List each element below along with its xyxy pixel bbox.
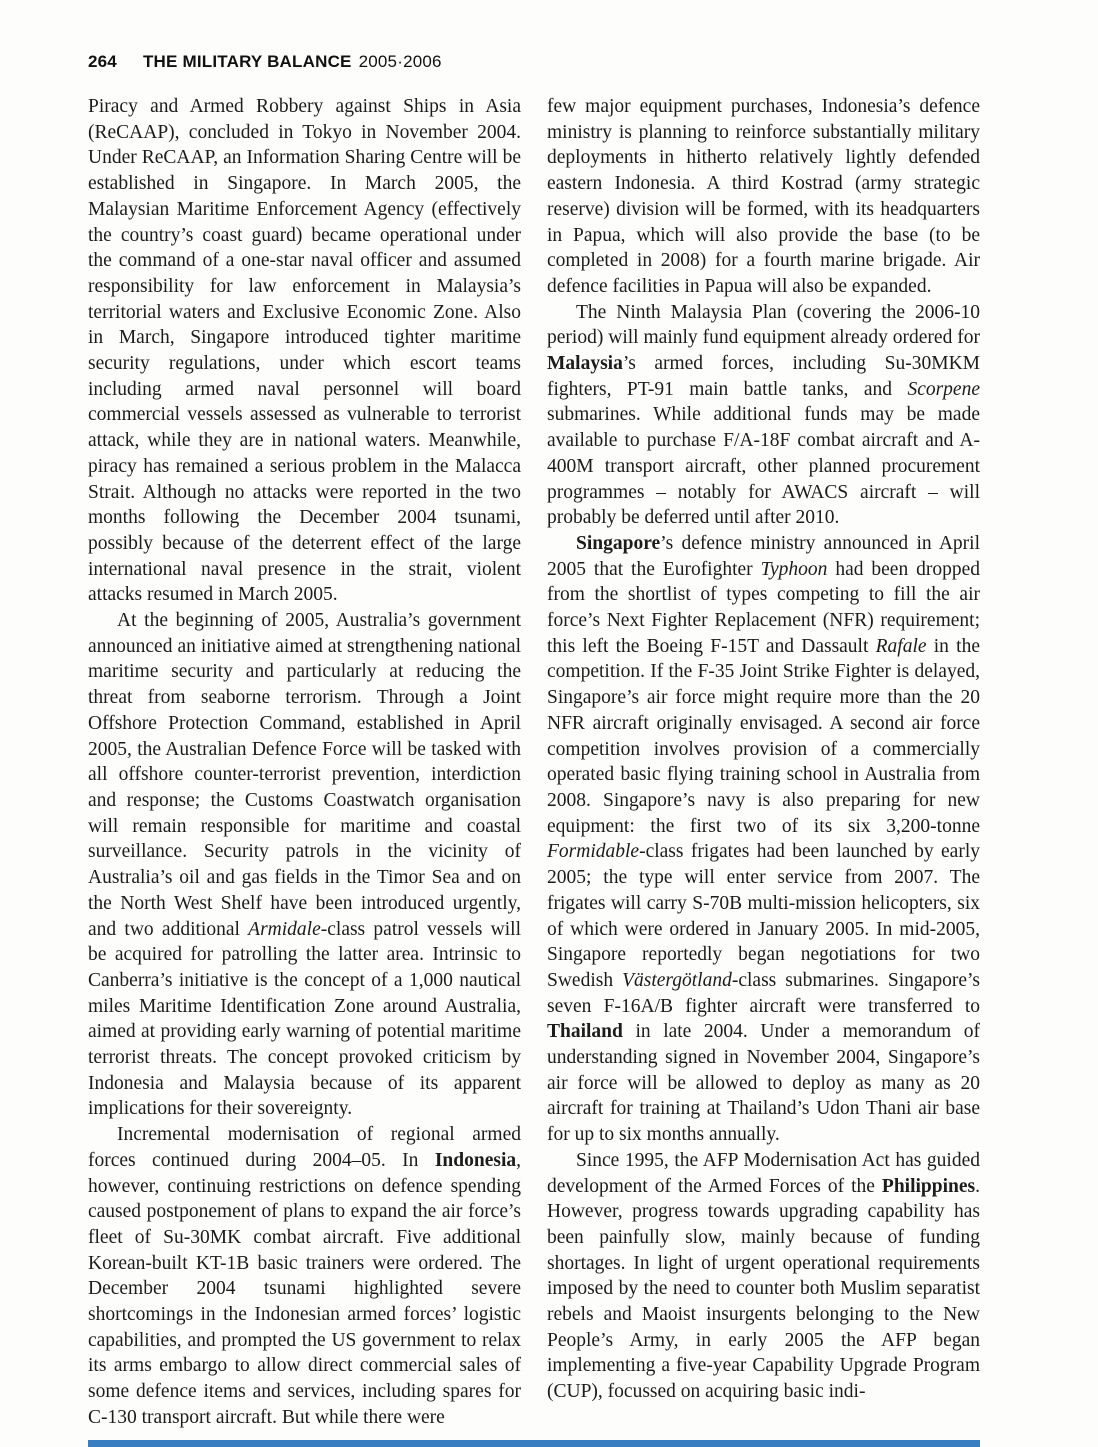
text-segment: Thailand xyxy=(547,1021,623,1042)
paragraph: Singapore’s defence ministry announced i… xyxy=(547,531,980,1148)
text-columns: Piracy and Armed Robbery against Ships i… xyxy=(88,94,980,1431)
text-segment: few major equipment purchases, Indonesia… xyxy=(547,96,980,297)
paragraph: few major equipment purchases, Indonesia… xyxy=(547,94,980,300)
text-segment: Singapore xyxy=(576,533,660,554)
text-segment: Västergötland xyxy=(622,970,732,991)
text-segment: Typhoon xyxy=(761,559,828,580)
paragraph: Piracy and Armed Robbery against Ships i… xyxy=(88,94,521,608)
running-header: 264THE MILITARY BALANCE2005·2006 xyxy=(88,52,442,72)
text-segment: Philippines xyxy=(882,1176,975,1197)
text-segment: -class patrol vessels will be acquired f… xyxy=(88,919,521,1120)
text-segment: Indonesia xyxy=(435,1150,516,1171)
edition-years: 2005·2006 xyxy=(359,52,442,71)
text-segment: in the competition. If the F-35 Joint St… xyxy=(547,636,980,837)
document-page: 264THE MILITARY BALANCE2005·2006 Piracy … xyxy=(0,0,1098,1447)
text-segment: The Ninth Malaysia Plan (covering the 20… xyxy=(547,302,980,349)
text-segment: Scorpene xyxy=(907,379,980,400)
footer-accent-bar xyxy=(88,1440,980,1447)
text-segment: Malaysia xyxy=(547,353,623,374)
text-segment: At the beginning of 2005, Australia’s go… xyxy=(88,610,521,939)
paragraph: Incremental modernisation of regional ar… xyxy=(88,1122,521,1430)
text-segment: Armidale xyxy=(248,919,321,940)
paragraph: At the beginning of 2005, Australia’s go… xyxy=(88,608,521,1122)
text-segment: . However, progress towards upgrading ca… xyxy=(547,1176,980,1403)
page-number: 264 xyxy=(88,52,117,71)
text-segment: , however, continuing restrictions on de… xyxy=(88,1150,521,1428)
text-segment: Piracy and Armed Robbery against Ships i… xyxy=(88,96,521,605)
paragraph: The Ninth Malaysia Plan (covering the 20… xyxy=(547,300,980,531)
book-title: THE MILITARY BALANCE xyxy=(143,52,352,71)
text-segment: -class frigates had been launched by ear… xyxy=(547,841,980,991)
text-segment: Rafale xyxy=(876,636,927,657)
text-segment: submarines. While additional funds may b… xyxy=(547,404,980,528)
right-column: few major equipment purchases, Indonesia… xyxy=(547,94,980,1431)
paragraph: Since 1995, the AFP Modernisation Act ha… xyxy=(547,1148,980,1405)
left-column: Piracy and Armed Robbery against Ships i… xyxy=(88,94,521,1431)
text-segment: Formidable xyxy=(547,841,639,862)
